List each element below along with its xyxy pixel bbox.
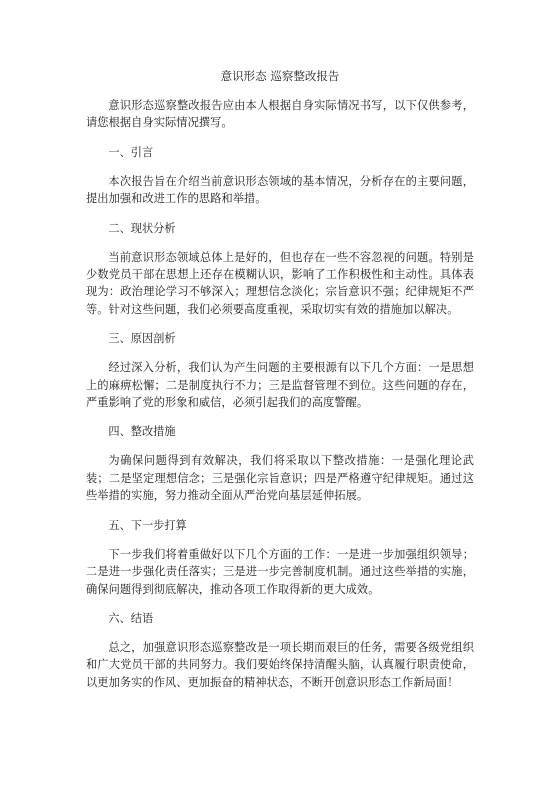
section-body-next-steps: 下一步我们将着重做好以下几个方面的工作：一是进一步加强组织领导；二是进一步强化责… bbox=[86, 546, 474, 598]
section-body-cause-analysis: 经过深入分析，我们认为产生问题的主要根源有以下几个方面：一是思想上的麻痹松懈；二… bbox=[86, 359, 474, 411]
section-heading-status-analysis: 二、现状分析 bbox=[86, 220, 474, 237]
section-heading-cause-analysis: 三、原因剖析 bbox=[86, 330, 474, 347]
intro-paragraph: 意识形态巡察整改报告应由本人根据自身实际情况书写，以下仅供参考，请您根据自身实际… bbox=[86, 97, 474, 132]
section-heading-introduction: 一、引言 bbox=[86, 144, 474, 161]
document-title: 意识形态 巡察整改报告 bbox=[86, 68, 474, 85]
section-heading-rectification-measures: 四、整改措施 bbox=[86, 423, 474, 440]
document-page: 意识形态 巡察整改报告 意识形态巡察整改报告应由本人根据自身实际情况书写，以下仅… bbox=[86, 68, 474, 703]
section-body-conclusion: 总之，加强意识形态巡察整改是一项长期而艰巨的任务，需要各级党组织和广大党员干部的… bbox=[86, 639, 474, 691]
section-heading-conclusion: 六、结语 bbox=[86, 610, 474, 627]
section-body-rectification-measures: 为确保问题得到有效解决，我们将采取以下整改措施：一是强化理论武装；二是坚定理想信… bbox=[86, 452, 474, 504]
section-body-status-analysis: 当前意识形态领域总体上是好的，但也存在一些不容忽视的问题。特别是少数党员干部在思… bbox=[86, 249, 474, 319]
section-heading-next-steps: 五、下一步打算 bbox=[86, 517, 474, 534]
section-body-introduction: 本次报告旨在介绍当前意识形态领域的基本情况，分析存在的主要问题，提出加强和改进工… bbox=[86, 173, 474, 208]
